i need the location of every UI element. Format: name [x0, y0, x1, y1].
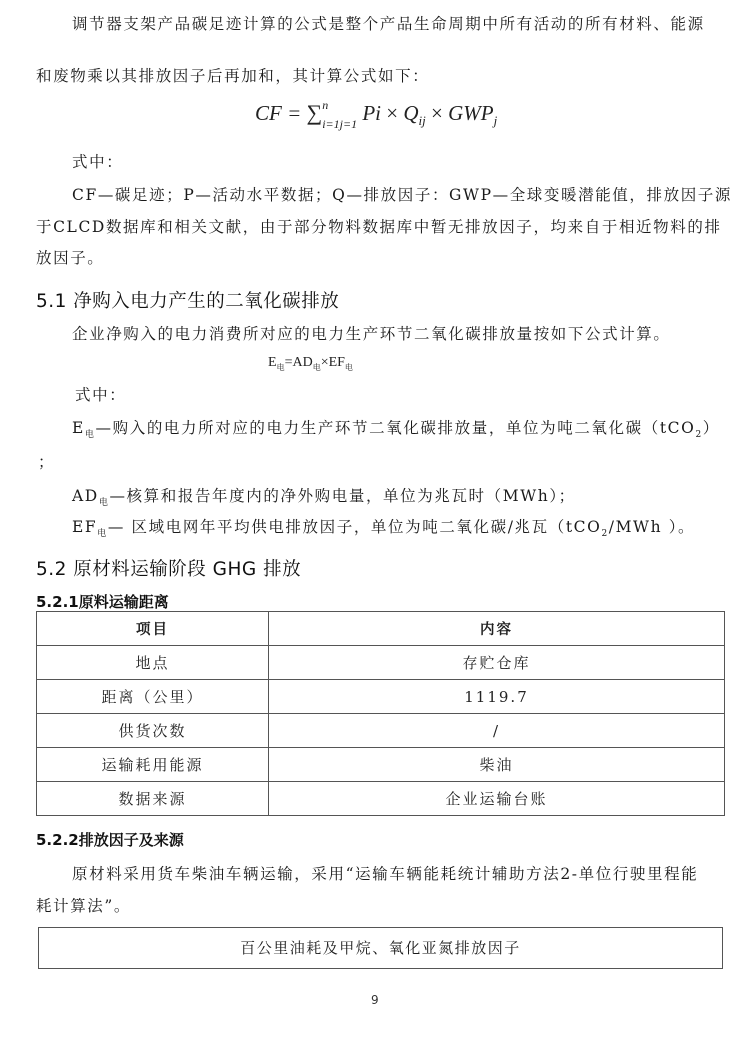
- table-row: 地点 存贮仓库: [37, 646, 725, 680]
- section-5-1-heading: 5.1 净购入电力产生的二氧化碳排放: [36, 287, 339, 313]
- term-pi: Pi: [362, 101, 381, 125]
- definition-e-wrap: ；: [38, 450, 55, 472]
- table-row: 数据来源 企业运输台账: [37, 782, 725, 816]
- where-line-1: CF—碳足迹；P—活动水平数据；Q—排放因子：GWP—全球变暖潜能值，排放因子源: [72, 183, 732, 205]
- intro-line-1: 调节器支架产品碳足迹计算的公式是整个产品生命周期中所有活动的所有材料、能源: [72, 12, 705, 34]
- formula-lhs: CF =: [255, 101, 307, 125]
- where-line-2: 于CLCD数据库和相关文献，由于部分物料数据库中暂无排放因子，均来自于相近物料的…: [36, 215, 722, 237]
- definition-ef: EF电— 区域电网年平均供电排放因子，单位为吨二氧化碳/兆瓦（tCO2/MWh …: [72, 515, 695, 539]
- term-gwp: GWP: [448, 101, 494, 125]
- section-5-2-1-heading: 5.2.1原料运输距离: [36, 591, 169, 612]
- where-label-2: 式中：: [75, 383, 126, 405]
- table-header-row: 项目 内容: [37, 612, 725, 646]
- intro-line-2: 和废物乘以其排放因子后再加和，其计算公式如下：: [36, 64, 429, 86]
- sigma-symbol: ∑: [307, 100, 323, 125]
- section-5-2-2-heading: 5.2.2排放因子及来源: [36, 829, 184, 850]
- table-row: 距离（公里） 1119.7: [37, 680, 725, 714]
- term-q: Q: [403, 101, 418, 125]
- electricity-formula: E电=AD电×EF电: [268, 355, 353, 373]
- section-5-1-paragraph: 企业净购入的电力消费所对应的电力生产环节二氧化碳排放量按如下公式计算。: [72, 322, 671, 344]
- header-content: 内容: [269, 612, 725, 646]
- page-number: 9: [371, 993, 379, 1007]
- table-row: 供货次数 /: [37, 714, 725, 748]
- definition-ad: AD电—核算和报告年度内的净外购电量，单位为兆瓦时（MWh）；: [72, 484, 576, 508]
- section-5-2-2-line-1: 原材料采用货车柴油车辆运输，采用“运输车辆能耗统计辅助方法2-单位行驶里程能: [72, 862, 698, 884]
- emission-factor-table-title: 百公里油耗及甲烷、氧化亚氮排放因子: [38, 927, 723, 969]
- where-line-3: 放因子。: [36, 246, 104, 268]
- definition-e: E电—购入的电力所对应的电力生产环节二氧化碳排放量，单位为吨二氧化碳（tCO2）: [72, 416, 720, 440]
- section-5-2-heading: 5.2 原材料运输阶段 GHG 排放: [36, 555, 301, 581]
- table-row: 运输耗用能源 柴油: [37, 748, 725, 782]
- carbon-footprint-formula: CF = ∑ni=1j=1 Pi × Qij × GWPj: [255, 100, 497, 129]
- sum-limits: ni=1j=1: [322, 103, 357, 127]
- where-label: 式中：: [72, 150, 123, 172]
- section-5-2-2-line-2: 耗计算法”。: [36, 894, 131, 916]
- transport-distance-table: 项目 内容 地点 存贮仓库 距离（公里） 1119.7 供货次数 / 运输耗用能…: [36, 611, 725, 816]
- header-item: 项目: [37, 612, 269, 646]
